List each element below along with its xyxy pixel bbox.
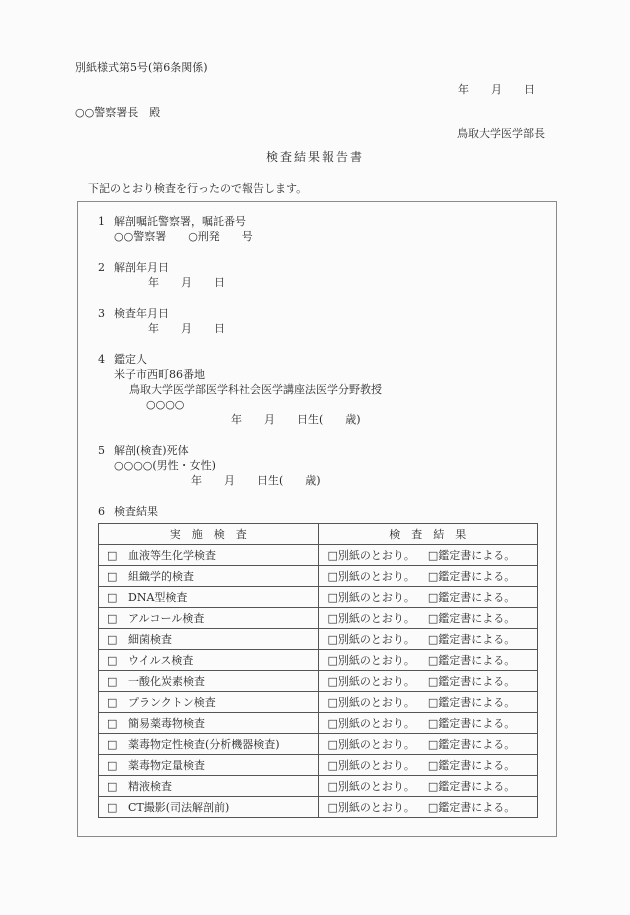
section-heading-text: 検査結果 [114,505,158,518]
exam-checkbox-icon: □ [107,759,128,772]
section-heading: 3検査年月日 [78,306,556,321]
exam-label: 薬毒物定性検査(分析機器検査) [128,738,280,751]
result-option-expert-report: □鑑定書による。 [428,717,515,730]
exam-checkbox-icon: □ [107,780,128,793]
table-row: □簡易薬毒物検査 □別紙のとおり。□鑑定書による。 [99,713,538,734]
exam-cell: □簡易薬毒物検査 [99,713,319,734]
exam-checkbox-icon: □ [107,570,128,583]
result-option-expert-report: □鑑定書による。 [428,696,515,709]
result-option-attached-sheet: □別紙のとおり。 [328,612,415,625]
result-cell: □別紙のとおり。□鑑定書による。 [318,545,538,566]
table-row: □薬毒物定性検査(分析機器検査) □別紙のとおり。□鑑定書による。 [99,734,538,755]
exam-checkbox-icon: □ [107,801,128,814]
form-number: 別紙様式第5号(第6条関係) [75,0,630,76]
result-option-expert-report: □鑑定書による。 [428,570,515,583]
result-option-attached-sheet: □別紙のとおり。 [328,801,415,814]
table-row: □一酸化炭素検査 □別紙のとおり。□鑑定書による。 [99,671,538,692]
result-cell: □別紙のとおり。□鑑定書による。 [318,587,538,608]
document-page: 別紙様式第5号(第6条関係) 年 月 日 ○○警察署長 殿 鳥取大学医学部長 検… [0,0,630,915]
exam-cell: □CT撮影(司法解剖前) [99,797,319,818]
section-heading-text: 解剖嘱託警察署，嘱託番号 [114,215,246,228]
section-heading: 5解剖(検査)死体 [78,443,556,458]
result-option-expert-report: □鑑定書による。 [428,738,515,751]
exam-cell: □薬毒物定量検査 [99,755,319,776]
column-header-exam: 実 施 検 査 [99,524,319,545]
exam-label: 精液検査 [128,780,172,793]
result-option-attached-sheet: □別紙のとおり。 [328,738,415,751]
sender: 鳥取大学医学部長 [0,126,545,142]
exam-label: プランクトン検査 [128,696,216,709]
section-heading-text: 検査年月日 [114,307,169,320]
section-number: 3 [98,306,114,321]
exam-label: 組織学的検査 [128,570,194,583]
exam-cell: □DNA型検査 [99,587,319,608]
table-row: □CT撮影(司法解剖前) □別紙のとおり。□鑑定書による。 [99,797,538,818]
addressee: ○○警察署長 殿 [75,105,630,121]
section-line: 鳥取大学医学部医学科社会医学講座法医学分野教授 [129,382,556,397]
result-cell: □別紙のとおり。□鑑定書による。 [318,692,538,713]
exam-checkbox-icon: □ [107,675,128,688]
result-cell: □別紙のとおり。□鑑定書による。 [318,608,538,629]
exam-label: 簡易薬毒物検査 [128,717,205,730]
result-option-attached-sheet: □別紙のとおり。 [328,633,415,646]
exam-label: 薬毒物定量検査 [128,759,205,772]
report-body-box: 1解剖嘱託警察署，嘱託番号 ○○警察署 ○刑発 号 2解剖年月日 年 月 日 3… [77,201,557,837]
section-expert: 4鑑定人 米子市西町86番地 鳥取大学医学部医学科社会医学講座法医学分野教授 ○… [78,352,556,427]
result-option-expert-report: □鑑定書による。 [428,591,515,604]
date-line: 年 月 日 [0,82,535,98]
section-line: 年 月 日生( 歳) [231,412,556,427]
table-row: □DNA型検査 □別紙のとおり。□鑑定書による。 [99,587,538,608]
exam-checkbox-icon: □ [107,738,128,751]
result-option-expert-report: □鑑定書による。 [428,633,515,646]
exam-cell: □組織学的検査 [99,566,319,587]
section-line: 年 月 日 [148,275,556,290]
section-line: 年 月 日 [148,321,556,336]
table-row: □血液等生化学検査 □別紙のとおり。□鑑定書による。 [99,545,538,566]
exam-label: 血液等生化学検査 [128,549,216,562]
result-cell: □別紙のとおり。□鑑定書による。 [318,650,538,671]
exam-cell: □薬毒物定性検査(分析機器検査) [99,734,319,755]
exam-checkbox-icon: □ [107,654,128,667]
exam-cell: □プランクトン検査 [99,692,319,713]
result-option-attached-sheet: □別紙のとおり。 [328,549,415,562]
result-option-expert-report: □鑑定書による。 [428,612,515,625]
result-option-attached-sheet: □別紙のとおり。 [328,675,415,688]
section-number: 5 [98,443,114,458]
result-cell: □別紙のとおり。□鑑定書による。 [318,776,538,797]
table-row: □アルコール検査 □別紙のとおり。□鑑定書による。 [99,608,538,629]
result-cell: □別紙のとおり。□鑑定書による。 [318,713,538,734]
result-option-expert-report: □鑑定書による。 [428,801,515,814]
exam-cell: □血液等生化学検査 [99,545,319,566]
table-header-row: 実 施 検 査 検 査 結 果 [99,524,538,545]
exam-label: 細菌検査 [128,633,172,646]
section-heading: 6検査結果 [78,504,556,519]
section-heading: 1解剖嘱託警察署，嘱託番号 [78,214,556,229]
exam-checkbox-icon: □ [107,696,128,709]
section-heading-text: 鑑定人 [114,353,147,366]
exam-checkbox-icon: □ [107,591,128,604]
result-option-attached-sheet: □別紙のとおり。 [328,780,415,793]
table-row: □組織学的検査 □別紙のとおり。□鑑定書による。 [99,566,538,587]
column-header-result: 検 査 結 果 [318,524,538,545]
exam-cell: □一酸化炭素検査 [99,671,319,692]
result-option-attached-sheet: □別紙のとおり。 [328,759,415,772]
section-heading-text: 解剖年月日 [114,261,169,274]
section-heading: 2解剖年月日 [78,260,556,275]
result-option-expert-report: □鑑定書による。 [428,780,515,793]
result-option-attached-sheet: □別紙のとおり。 [328,717,415,730]
table-row: □細菌検査 □別紙のとおり。□鑑定書による。 [99,629,538,650]
section-number: 6 [98,504,114,519]
exam-cell: □アルコール検査 [99,608,319,629]
table-row: □ウイルス検査 □別紙のとおり。□鑑定書による。 [99,650,538,671]
table-row: □プランクトン検査 □別紙のとおり。□鑑定書による。 [99,692,538,713]
exam-checkbox-icon: □ [107,612,128,625]
exam-cell: □細菌検査 [99,629,319,650]
section-heading: 4鑑定人 [78,352,556,367]
exam-label: DNA型検査 [128,591,187,604]
result-cell: □別紙のとおり。□鑑定書による。 [318,797,538,818]
exam-cell: □ウイルス検査 [99,650,319,671]
section-exam-date: 3検査年月日 年 月 日 [78,306,556,336]
result-cell: □別紙のとおり。□鑑定書による。 [318,671,538,692]
section-deceased: 5解剖(検査)死体 ○○○○(男性・女性) 年 月 日生( 歳) [78,443,556,488]
section-number: 4 [98,352,114,367]
result-cell: □別紙のとおり。□鑑定書による。 [318,566,538,587]
section-line: ○○警察署 ○刑発 号 [114,229,556,244]
result-cell: □別紙のとおり。□鑑定書による。 [318,734,538,755]
section-line: 年 月 日生( 歳) [191,473,556,488]
result-cell: □別紙のとおり。□鑑定書による。 [318,755,538,776]
exam-checkbox-icon: □ [107,633,128,646]
result-option-attached-sheet: □別紙のとおり。 [328,591,415,604]
section-line: 米子市西町86番地 [114,367,556,382]
section-number: 2 [98,260,114,275]
section-autopsy-date: 2解剖年月日 年 月 日 [78,260,556,290]
exam-checkbox-icon: □ [107,549,128,562]
result-option-attached-sheet: □別紙のとおり。 [328,696,415,709]
result-option-expert-report: □鑑定書による。 [428,654,515,667]
exam-results-table: 実 施 検 査 検 査 結 果 □血液等生化学検査 □別紙のとおり。□鑑定書によ… [98,523,538,818]
result-cell: □別紙のとおり。□鑑定書による。 [318,629,538,650]
section-heading-text: 解剖(検査)死体 [114,444,189,457]
table-row: □精液検査 □別紙のとおり。□鑑定書による。 [99,776,538,797]
section-line: ○○○○ [146,397,556,412]
exam-label: アルコール検査 [128,612,204,625]
exam-cell: □精液検査 [99,776,319,797]
section-number: 1 [98,214,114,229]
result-option-attached-sheet: □別紙のとおり。 [328,570,415,583]
section-line: ○○○○(男性・女性) [114,458,556,473]
page-title: 検査結果報告書 [0,149,630,166]
table-row: □薬毒物定量検査 □別紙のとおり。□鑑定書による。 [99,755,538,776]
result-option-attached-sheet: □別紙のとおり。 [328,654,415,667]
result-option-expert-report: □鑑定書による。 [428,675,515,688]
exam-label: CT撮影(司法解剖前) [128,801,229,814]
exam-label: 一酸化炭素検査 [128,675,205,688]
result-option-expert-report: □鑑定書による。 [428,759,515,772]
exam-label: ウイルス検査 [128,654,193,667]
intro-text: 下記のとおり検査を行ったので報告します。 [88,181,630,197]
section-commissioning-police: 1解剖嘱託警察署，嘱託番号 ○○警察署 ○刑発 号 [78,214,556,244]
exam-checkbox-icon: □ [107,717,128,730]
result-option-expert-report: □鑑定書による。 [428,549,515,562]
section-exam-results: 6検査結果 [78,504,556,519]
